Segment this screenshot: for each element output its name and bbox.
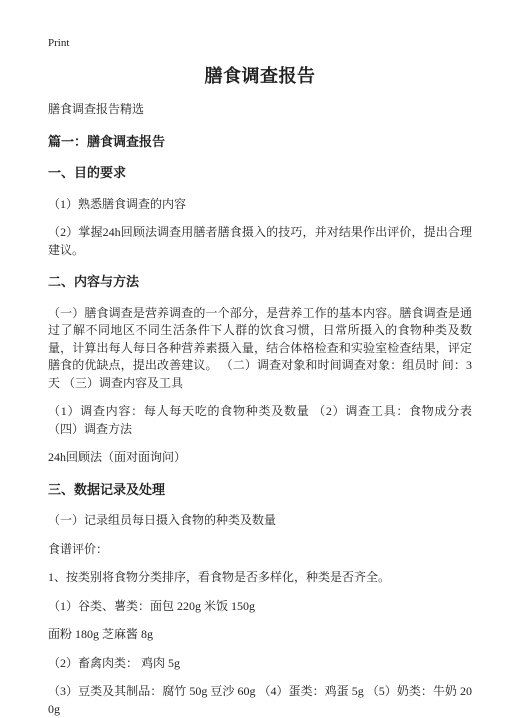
- paragraph: 1、按类别将食物分类排序，看食物是否多样化，种类是否齐全。: [48, 569, 472, 587]
- paragraph: （一）膳食调查是营养调查的一个部分，是营养工作的基本内容。膳食调查是通过了解不同…: [48, 305, 472, 393]
- paragraph: （2）畜禽肉类： 鸡肉 5g: [48, 655, 472, 673]
- section-heading-methods: 二、内容与方法: [48, 273, 472, 291]
- paragraph: （1）谷类、薯类：面包 220g 米饭 150g: [48, 598, 472, 616]
- section-heading-goals: 一、目的要求: [48, 164, 472, 182]
- document-page: Print 膳食调查报告 膳食调查报告精选 篇一：膳食调查报告 一、目的要求 （…: [0, 0, 520, 718]
- print-link[interactable]: Print: [48, 36, 472, 50]
- section-heading-data-processing: 三、数据记录及处理: [48, 481, 472, 499]
- paragraph: 食谱评价：: [48, 541, 472, 559]
- paragraph: （一）记录组员每日摄入食物的种类及数量: [48, 512, 472, 530]
- paragraph: 24h回顾法（面对面询问）: [48, 449, 472, 467]
- paragraph: 面粉 180g 芝麻酱 8g: [48, 626, 472, 644]
- intro-text: 膳食调查报告精选: [48, 101, 472, 119]
- part-heading: 篇一：膳食调查报告: [48, 133, 472, 151]
- paragraph: （1）调查内容：每人每天吃的食物种类及数量 （2）调查工具：食物成分表 （四）调…: [48, 403, 472, 438]
- paragraph: （1）熟悉膳食调查的内容: [48, 196, 472, 214]
- document-title: 膳食调查报告: [48, 64, 472, 88]
- paragraph: （2）掌握24h回顾法调查用膳者膳食摄入的技巧，并对结果作出评价，提出合理建议。: [48, 224, 472, 259]
- paragraph: （3）豆类及其制品：腐竹 50g 豆沙 60g （4）蛋类：鸡蛋 5g （5）奶…: [48, 683, 472, 718]
